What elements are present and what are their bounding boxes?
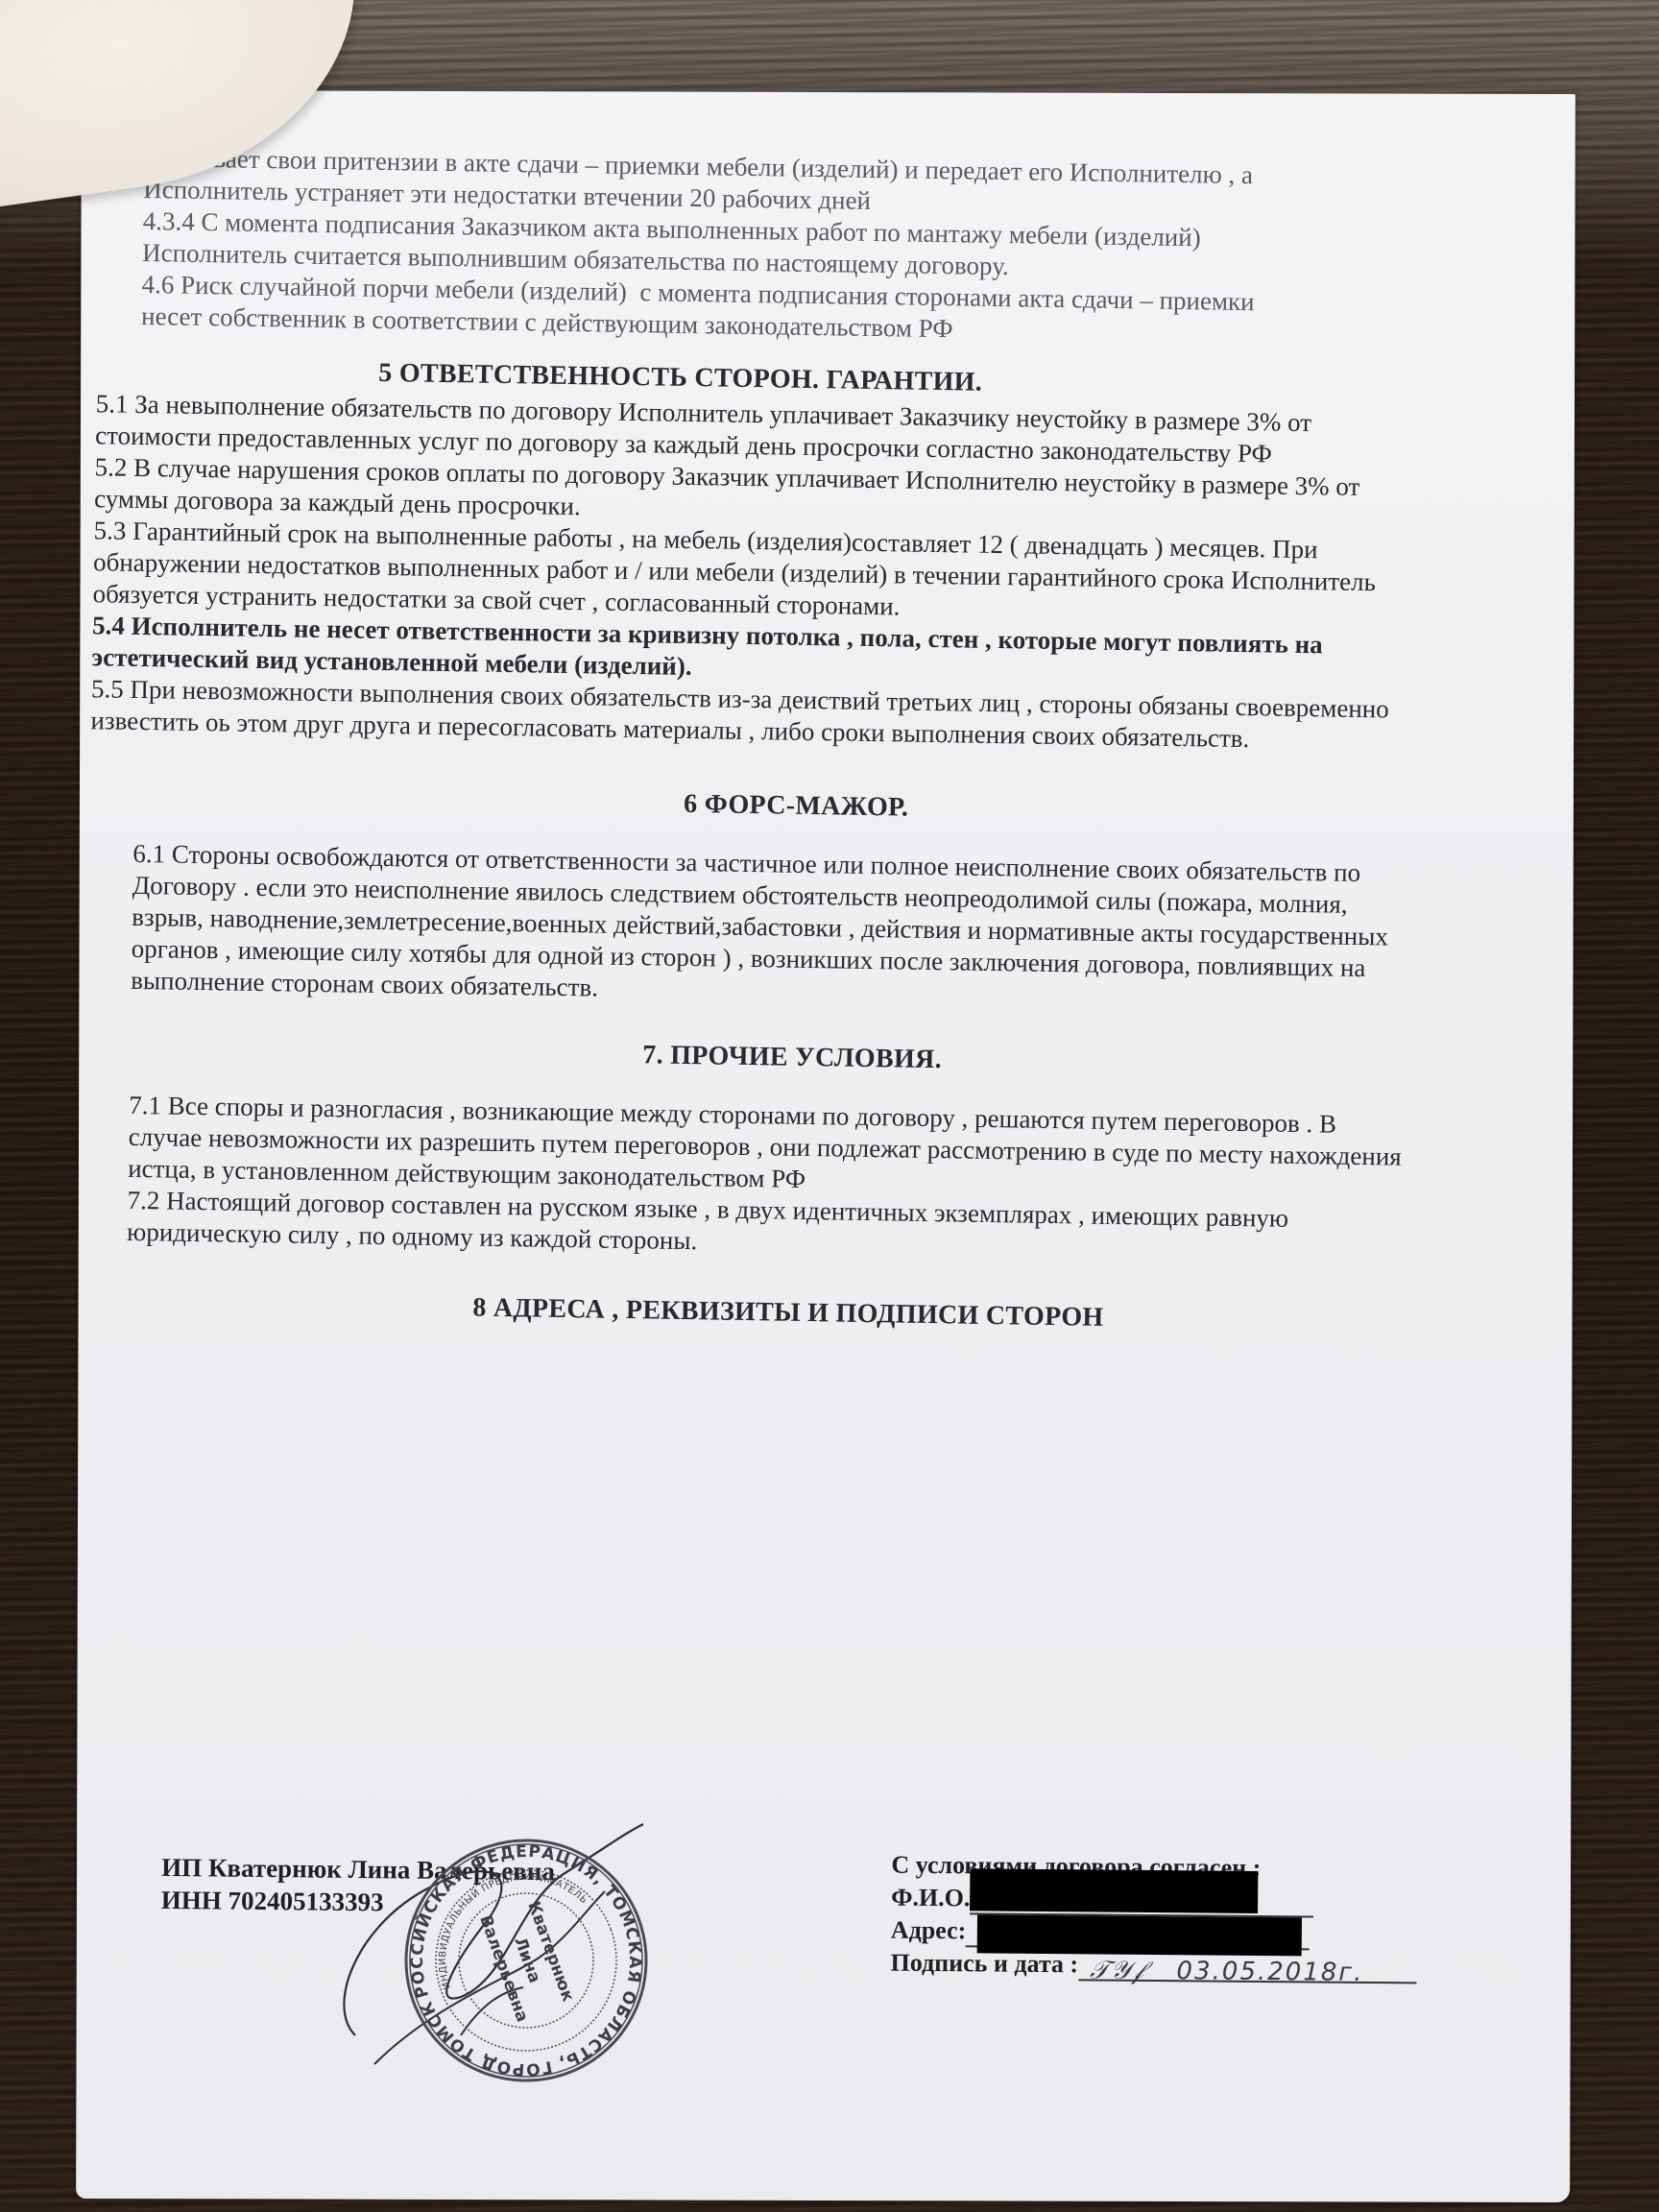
fio-field — [970, 1887, 1313, 1917]
fio-redaction — [970, 1868, 1258, 1913]
clause-6-1: 6.1 Стороны освобождаются от ответственн… — [131, 838, 1409, 1017]
section-5-title: 5 ОТВЕТСТВЕННОСТЬ СТОРОН. ГАРАНТИИ. — [378, 357, 982, 398]
address-label: Адрес: — [891, 1914, 967, 1948]
section-7-title: 7. ПРОЧИЕ УСЛОВИЯ. — [130, 1031, 1455, 1084]
signature-date-field: 𝒯𝒴𝒻 03.05.2018г. — [1078, 1954, 1416, 1984]
address-field — [966, 1920, 1310, 1950]
customer-signature: 𝒯𝒴𝒻 — [1090, 1956, 1145, 1985]
section-6-title: 6 ФОРС-МАЖОР. — [133, 780, 1458, 832]
contract-body: дписывает свои притензии в акте сдачи – … — [126, 142, 1469, 1343]
fio-label: Ф.И.О. — [891, 1882, 971, 1915]
handwritten-date: 03.05.2018г. — [1176, 1957, 1363, 1987]
customer-details: С условиями договора согласен : Ф.И.О. А… — [890, 1849, 1417, 1984]
address-redaction — [977, 1914, 1302, 1956]
